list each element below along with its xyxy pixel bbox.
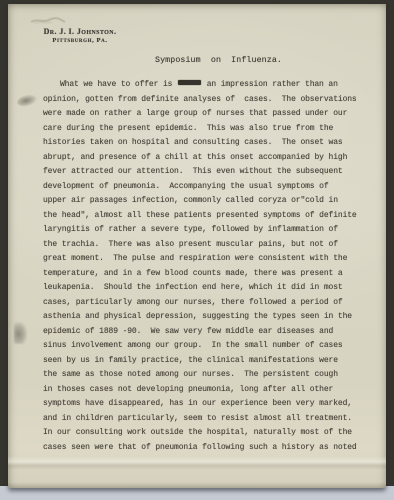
letterhead: Dr. J. I. Johnston. Pittsburgh, Pa.: [36, 27, 124, 45]
body-text: What we have to offer is an impression r…: [43, 78, 373, 455]
letterhead-name: Dr. J. I. Johnston.: [36, 27, 124, 37]
pencil-scribble-icon: [28, 13, 68, 27]
body-line: the same as those noted among our nurses…: [43, 368, 373, 383]
body-line: development of pneumonia. Accompanying t…: [43, 180, 373, 195]
letterhead-location: Pittsburgh, Pa.: [36, 37, 124, 45]
body-line: histories taken on hospital and consulti…: [43, 136, 373, 151]
body-line: care during the present epidemic. This w…: [43, 122, 373, 137]
edge-smudge-icon: [14, 322, 27, 344]
page-title: Symposium on Influenza.: [155, 56, 282, 65]
document-page: Dr. J. I. Johnston. Pittsburgh, Pa. Symp…: [8, 4, 386, 488]
body-line: fever attracted our attention. This even…: [43, 165, 373, 180]
body-line: What we have to offer is an impression r…: [43, 78, 373, 93]
body-line: temperature, and in a few blood counts m…: [43, 267, 373, 282]
struck-out-word-mark: [178, 80, 201, 85]
body-line: leukapenia. Should the infection end her…: [43, 281, 373, 296]
body-line: were made on rather a large group of nur…: [43, 107, 373, 122]
body-line-text: an impression rather than an: [202, 80, 338, 89]
body-line: laryngitis of rather a severe type, foll…: [43, 223, 373, 238]
body-line: upper air passages infection, commonly c…: [43, 194, 373, 209]
body-line: and in children particularly, seem to re…: [43, 412, 373, 427]
body-line: epidemic of 1889 -90. We saw very few mi…: [43, 325, 373, 340]
desk-surface: [0, 486, 394, 500]
body-line: symptoms have disappeared, has in our ex…: [43, 397, 373, 412]
body-line: the trachia. There was also present musc…: [43, 238, 373, 253]
pencil-check-smudge-icon: [16, 93, 38, 109]
body-line: abrupt, and presence of a chill at this …: [43, 151, 373, 166]
body-line: in thoses cases not developing pneumonia…: [43, 383, 373, 398]
body-line: asthenia and physical depression, sugges…: [43, 310, 373, 325]
body-line: In our consulting work outside the hospi…: [43, 426, 373, 441]
body-line: cases, particularly among our nurses, th…: [43, 296, 373, 311]
body-line: seen by us in family practice, the clini…: [43, 354, 373, 369]
photo-background: Dr. J. I. Johnston. Pittsburgh, Pa. Symp…: [0, 0, 394, 500]
body-line-text: What we have to offer is: [60, 80, 177, 89]
paper-fold-crease: [8, 456, 386, 470]
body-line: cases seen were that of pneumonia follow…: [43, 441, 373, 456]
body-line: opinion, gotten from definite analyses o…: [43, 93, 373, 108]
paper-bottom-edge: [8, 482, 386, 488]
body-line: the head", almost all these patients pre…: [43, 209, 373, 224]
body-line: sinus involvement among our group. In th…: [43, 339, 373, 354]
body-line: great moment. The pulse and respiration …: [43, 252, 373, 267]
